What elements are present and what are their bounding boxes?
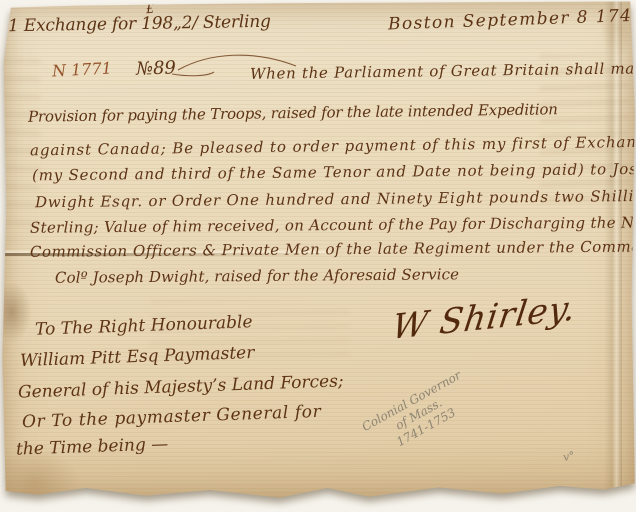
document-paper-wrap: £ 1 Exchange for 198„2/ Sterling Boston … bbox=[0, 0, 636, 512]
bill-of-exchange-document: £ 1 Exchange for 198„2/ Sterling Boston … bbox=[0, 0, 636, 512]
document-number-left: N 1771 bbox=[52, 58, 113, 80]
body-line: Colº Joseph Dwight, raised for the Afore… bbox=[55, 265, 459, 287]
document-number-right: №89 bbox=[136, 57, 177, 79]
pencil-mark: v° bbox=[562, 449, 576, 464]
photo-background: £ 1 Exchange for 198„2/ Sterling Boston … bbox=[0, 0, 636, 512]
